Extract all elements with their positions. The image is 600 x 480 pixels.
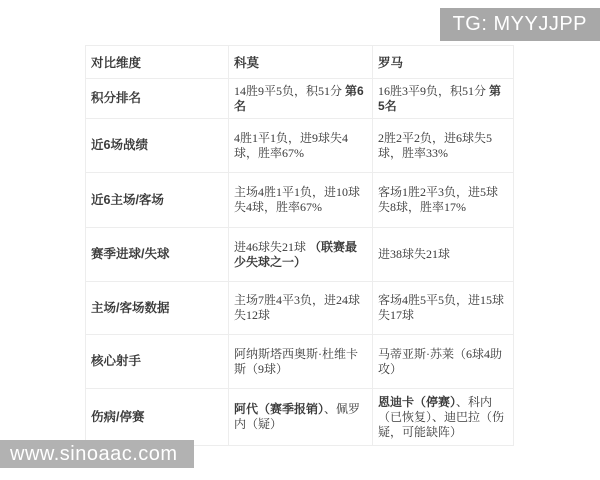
cell-text-segment: 客场4胜5平5负，进15球失17球 <box>378 293 504 322</box>
row-label: 赛季进球/失球 <box>86 228 229 282</box>
table-row: 积分排名14胜9平5负，积51分 第6名16胜3平9负，积51分 第5名 <box>86 79 514 119</box>
cell-text-segment: 进46球失21球 <box>234 240 309 254</box>
comparison-table: 对比维度 科莫 罗马 积分排名14胜9平5负，积51分 第6名16胜3平9负，积… <box>85 45 514 446</box>
site-watermark: www.sinoaac.com <box>0 440 194 468</box>
table-row: 伤病/停赛阿代（赛季报销）、佩罗内（疑）恩迪卡（停赛）、科内（已恢复）、迪巴拉（… <box>86 389 514 446</box>
como-cell: 14胜9平5负，积51分 第6名 <box>229 79 373 119</box>
row-label: 核心射手 <box>86 335 229 389</box>
row-label: 主场/客场数据 <box>86 282 229 335</box>
header-dimension: 对比维度 <box>86 46 229 79</box>
como-cell: 主场7胜4平3负，进24球失12球 <box>229 282 373 335</box>
row-label: 近6主场/客场 <box>86 173 229 228</box>
cell-text-segment: 主场7胜4平3负，进24球失12球 <box>234 293 360 322</box>
como-cell: 阿纳斯塔西奥斯·杜维卡斯（9球） <box>229 335 373 389</box>
table-row: 核心射手阿纳斯塔西奥斯·杜维卡斯（9球）马蒂亚斯·苏莱（6球4助攻） <box>86 335 514 389</box>
cell-text-segment: 16胜3平9负，积51分 <box>378 84 489 98</box>
roma-cell: 16胜3平9负，积51分 第5名 <box>373 79 514 119</box>
header-como: 科莫 <box>229 46 373 79</box>
table-body: 积分排名14胜9平5负，积51分 第6名16胜3平9负，积51分 第5名近6场战… <box>86 79 514 446</box>
cell-text-segment: 恩迪卡（停赛） <box>378 395 456 409</box>
row-label: 近6场战绩 <box>86 119 229 173</box>
table-row: 赛季进球/失球进46球失21球 （联赛最少失球之一）进38球失21球 <box>86 228 514 282</box>
cell-text-segment: 4胜1平1负，进9球失4球，胜率67% <box>234 131 348 160</box>
cell-text-segment: 阿纳斯塔西奥斯·杜维卡斯（9球） <box>234 347 358 376</box>
row-label: 伤病/停赛 <box>86 389 229 446</box>
roma-cell: 马蒂亚斯·苏莱（6球4助攻） <box>373 335 514 389</box>
telegram-watermark: TG: MYYJJPP <box>440 8 600 41</box>
table-row: 主场/客场数据主场7胜4平3负，进24球失12球客场4胜5平5负，进15球失17… <box>86 282 514 335</box>
cell-text-segment: 14胜9平5负，积51分 <box>234 84 345 98</box>
cell-text-segment: 阿代（赛季报销） <box>234 402 324 416</box>
cell-text-segment: 主场4胜1平1负，进10球失4球，胜率67% <box>234 185 360 214</box>
table-header-row: 对比维度 科莫 罗马 <box>86 46 514 79</box>
cell-text-segment: 进38球失21球 <box>378 247 450 261</box>
header-roma: 罗马 <box>373 46 514 79</box>
table-row: 近6场战绩4胜1平1负，进9球失4球，胜率67%2胜2平2负，进6球失5球，胜率… <box>86 119 514 173</box>
table-row: 近6主场/客场主场4胜1平1负，进10球失4球，胜率67%客场1胜2平3负，进5… <box>86 173 514 228</box>
roma-cell: 2胜2平2负，进6球失5球，胜率33% <box>373 119 514 173</box>
como-cell: 阿代（赛季报销）、佩罗内（疑） <box>229 389 373 446</box>
roma-cell: 进38球失21球 <box>373 228 514 282</box>
como-cell: 主场4胜1平1负，进10球失4球，胜率67% <box>229 173 373 228</box>
cell-text-segment: 马蒂亚斯·苏莱（6球4助攻） <box>378 347 502 376</box>
como-cell: 4胜1平1负，进9球失4球，胜率67% <box>229 119 373 173</box>
roma-cell: 客场4胜5平5负，进15球失17球 <box>373 282 514 335</box>
roma-cell: 客场1胜2平3负，进5球失8球，胜率17% <box>373 173 514 228</box>
roma-cell: 恩迪卡（停赛）、科内（已恢复）、迪巴拉（伤疑，可能缺阵） <box>373 389 514 446</box>
como-cell: 进46球失21球 （联赛最少失球之一） <box>229 228 373 282</box>
row-label: 积分排名 <box>86 79 229 119</box>
cell-text-segment: 2胜2平2负，进6球失5球，胜率33% <box>378 131 492 160</box>
cell-text-segment: 客场1胜2平3负，进5球失8球，胜率17% <box>378 185 498 214</box>
